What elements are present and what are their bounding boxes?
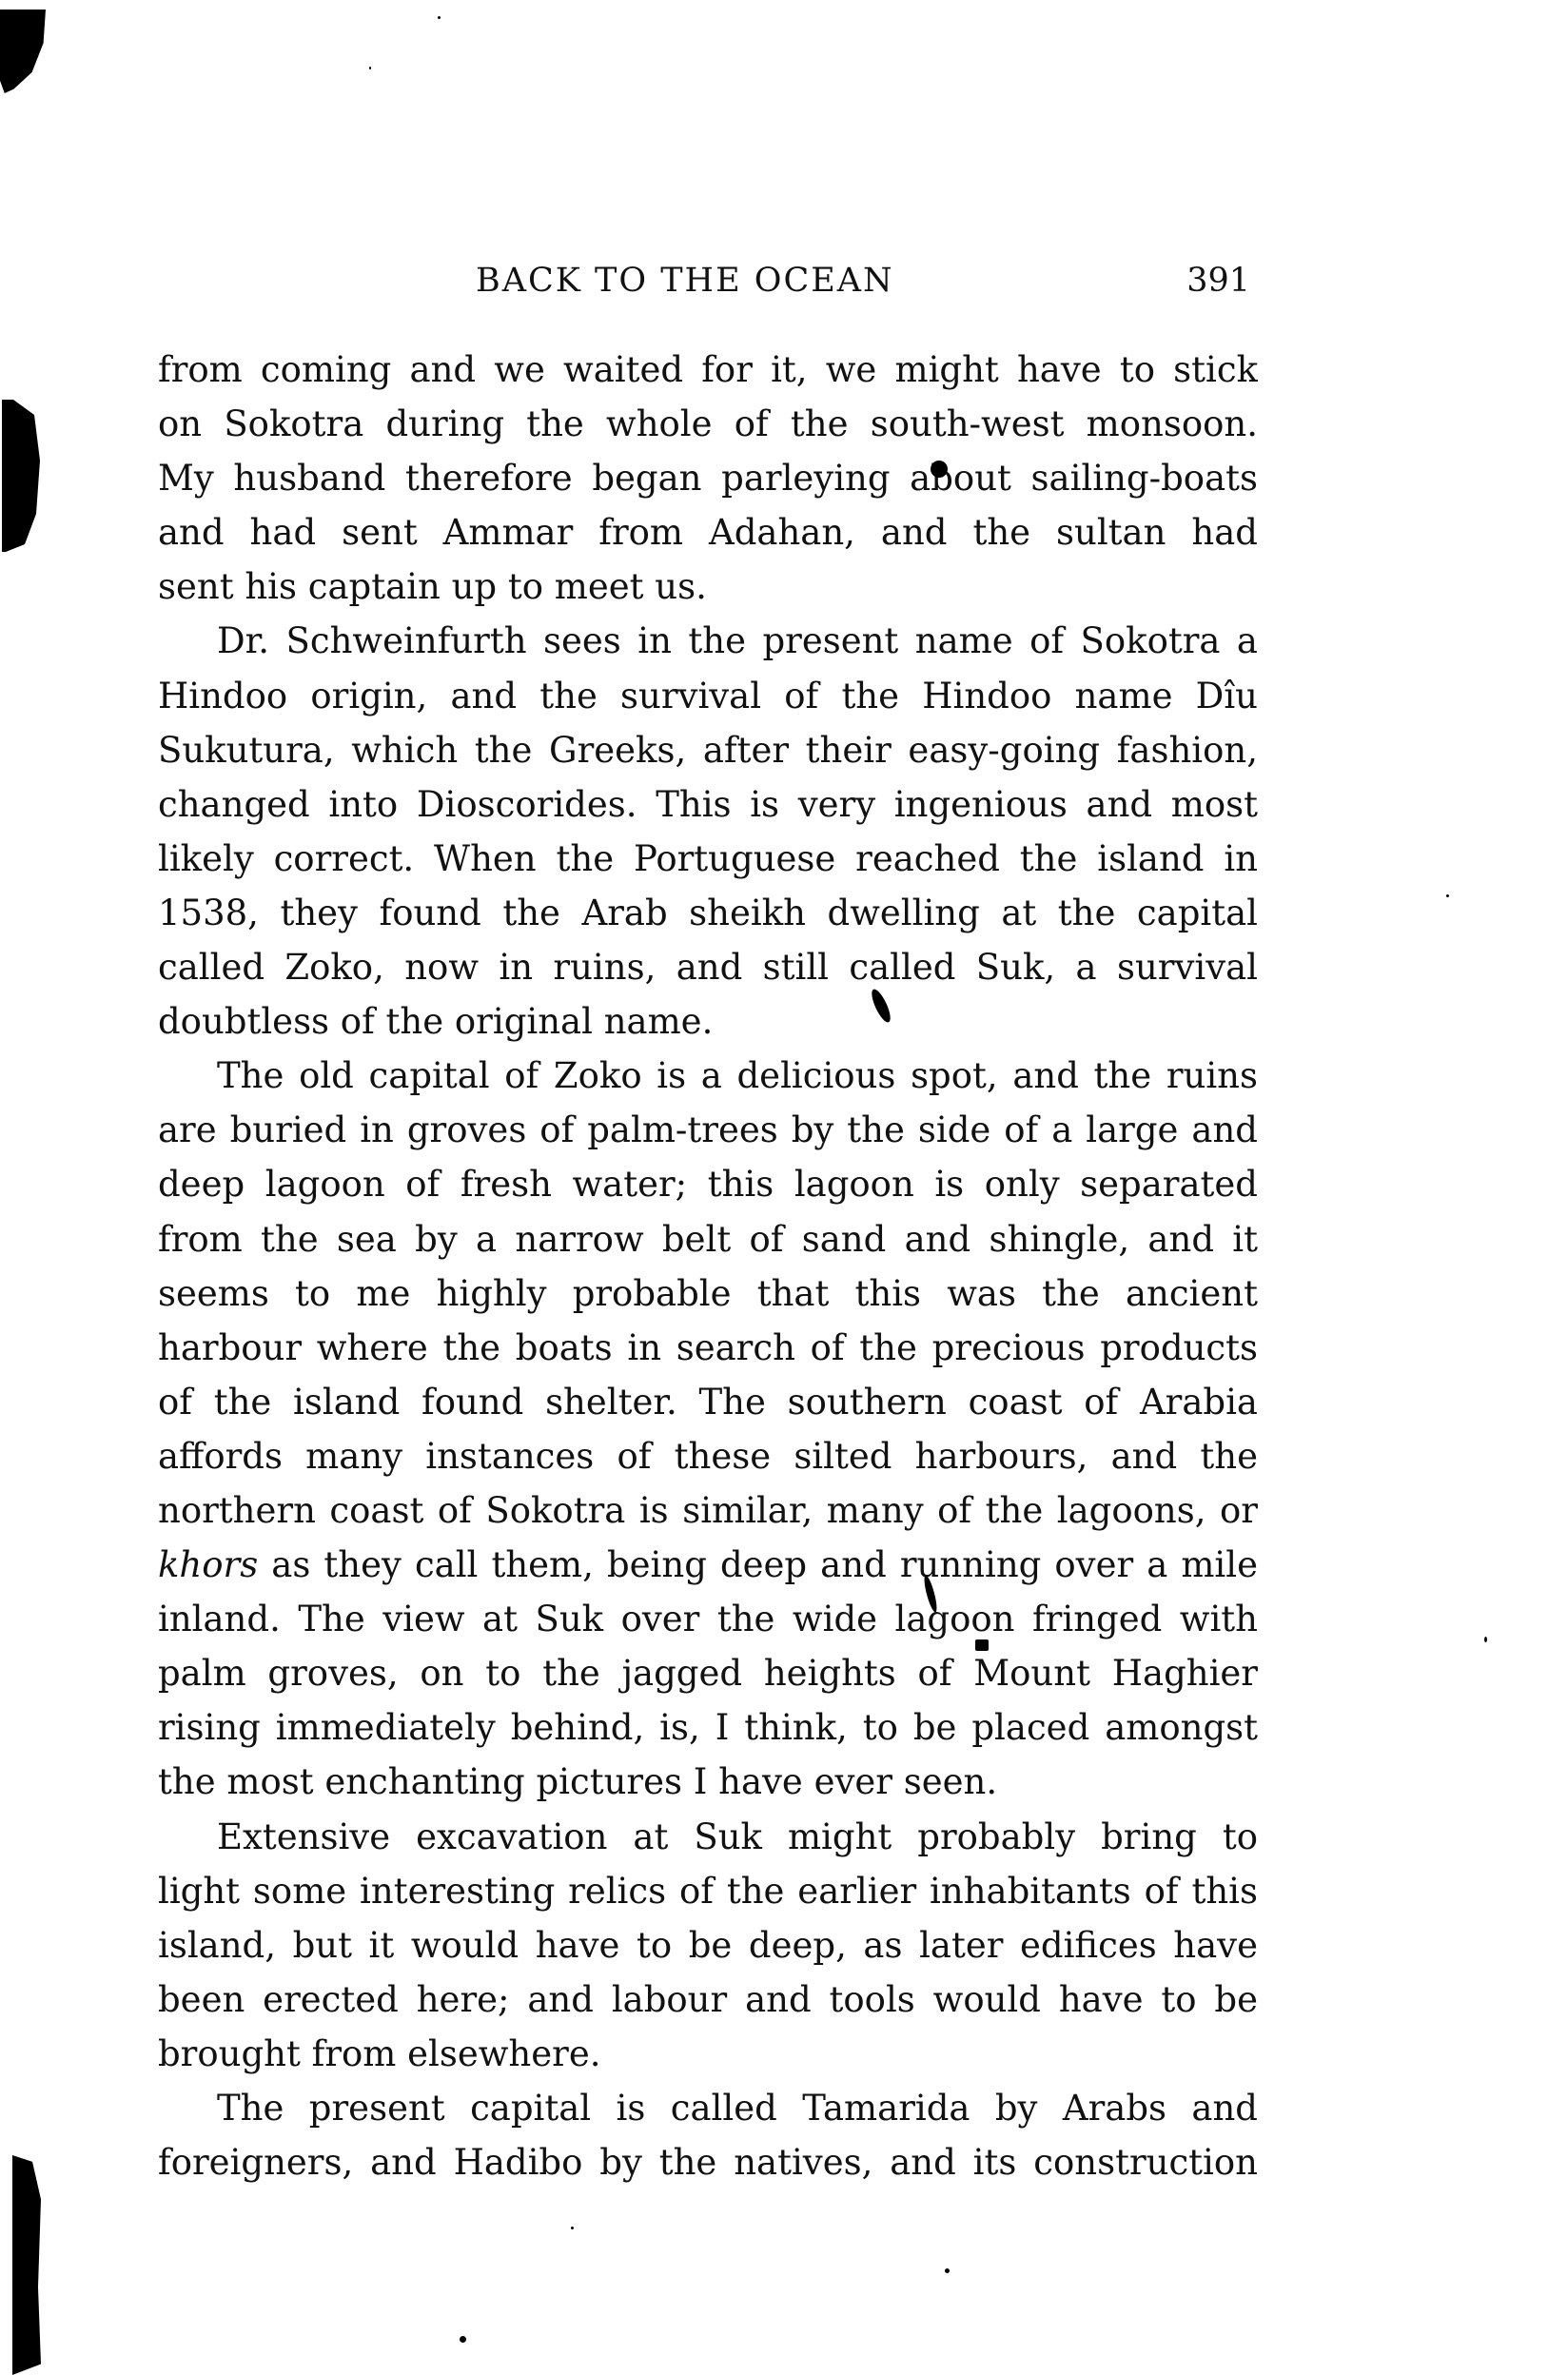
text-line: light some interesting relics of the ear… <box>158 1864 1258 1918</box>
text-line: likely correct. When the Portuguese reac… <box>158 832 1258 886</box>
text-line: called Zoko, now in ruins, and still cal… <box>158 940 1258 994</box>
paragraph: The old capital of Zoko is a delicious s… <box>158 1049 1258 1809</box>
text-line: doubtless of the original name. <box>158 994 1258 1049</box>
text-line: are buried in groves of palm-trees by th… <box>158 1103 1258 1157</box>
text-line: harbour where the boats in search of the… <box>158 1321 1258 1375</box>
italic-term-khors: khors <box>158 1544 258 1585</box>
paragraph: The present capital is called Tamarida b… <box>158 2081 1258 2189</box>
body-text: from coming and we waited for it, we mig… <box>158 343 1258 2189</box>
text-line: seems to me highly probable that this wa… <box>158 1266 1258 1321</box>
text-line: island, but it would have to be deep, as… <box>158 1918 1258 1973</box>
page-number: 391 <box>1186 257 1250 304</box>
text-line: The present capital is called Tamarida b… <box>158 2081 1258 2135</box>
ink-blot <box>931 461 948 478</box>
text-line: northern coast of Sokotra is similar, ma… <box>158 1483 1258 1538</box>
text-line: brought from elsewhere. <box>158 2027 1258 2081</box>
scan-edge-mark <box>2 400 40 552</box>
text-line: and had sent Ammar from Adahan, and the … <box>158 505 1258 559</box>
text-line: the most enchanting pictures I have ever… <box>158 1755 1258 1809</box>
running-title: BACK TO THE OCEAN <box>476 257 894 304</box>
text-line: of the island found shelter. The souther… <box>158 1375 1258 1429</box>
ink-speck <box>438 16 441 19</box>
text-line: from coming and we waited for it, we mig… <box>158 343 1258 397</box>
paragraph: Extensive excavation at Suk might probab… <box>158 1810 1258 2081</box>
paragraph: from coming and we waited for it, we mig… <box>158 343 1258 614</box>
text-line-rest: as they call them, being deep and runnin… <box>258 1544 1258 1585</box>
text-line: sent his captain up to meet us. <box>158 559 1258 614</box>
ink-speck <box>460 2336 466 2343</box>
text-line: 1538, they found the Arab sheikh dwellin… <box>158 886 1258 940</box>
text-line: Hindoo origin, and the survival of the H… <box>158 669 1258 723</box>
ink-speck <box>369 67 371 69</box>
ink-speck <box>945 2268 950 2273</box>
scan-edge-mark <box>0 10 46 93</box>
book-page: BACK TO THE OCEAN 391 from coming and we… <box>0 0 1568 2375</box>
text-line: Extensive excavation at Suk might probab… <box>158 1810 1258 1864</box>
text-line: foreigners, and Hadibo by the natives, a… <box>158 2135 1258 2189</box>
text-line-with-italic: khors as they call them, being deep and … <box>158 1538 1258 1592</box>
text-line: deep lagoon of fresh water; this lagoon … <box>158 1157 1258 1211</box>
text-line: changed into Dioscorides. This is very i… <box>158 777 1258 832</box>
text-line: on Sokotra during the whole of the south… <box>158 397 1258 451</box>
text-line: Dr. Schweinfurth sees in the present nam… <box>158 614 1258 668</box>
text-line: affords many instances of these silted h… <box>158 1429 1258 1483</box>
ink-blot <box>975 1639 989 1651</box>
ink-speck <box>1484 1637 1487 1642</box>
paragraph: Dr. Schweinfurth sees in the present nam… <box>158 614 1258 1049</box>
text-line: The old capital of Zoko is a delicious s… <box>158 1049 1258 1103</box>
text-line: rising immediately behind, is, I think, … <box>158 1700 1258 1755</box>
text-line: My husband therefore began parleying abo… <box>158 451 1258 505</box>
text-line: inland. The view at Suk over the wide la… <box>158 1592 1258 1646</box>
ink-speck <box>1446 894 1449 897</box>
text-line: palm groves, on to the jagged heights of… <box>158 1646 1258 1700</box>
text-line: Sukutura, which the Greeks, after their … <box>158 723 1258 777</box>
text-line: from the sea by a narrow belt of sand an… <box>158 1212 1258 1266</box>
running-header: BACK TO THE OCEAN 391 <box>158 257 1258 304</box>
ink-speck <box>571 2227 574 2229</box>
scan-edge-mark <box>12 2155 41 2375</box>
text-line: been erected here; and labour and tools … <box>158 1973 1258 2027</box>
